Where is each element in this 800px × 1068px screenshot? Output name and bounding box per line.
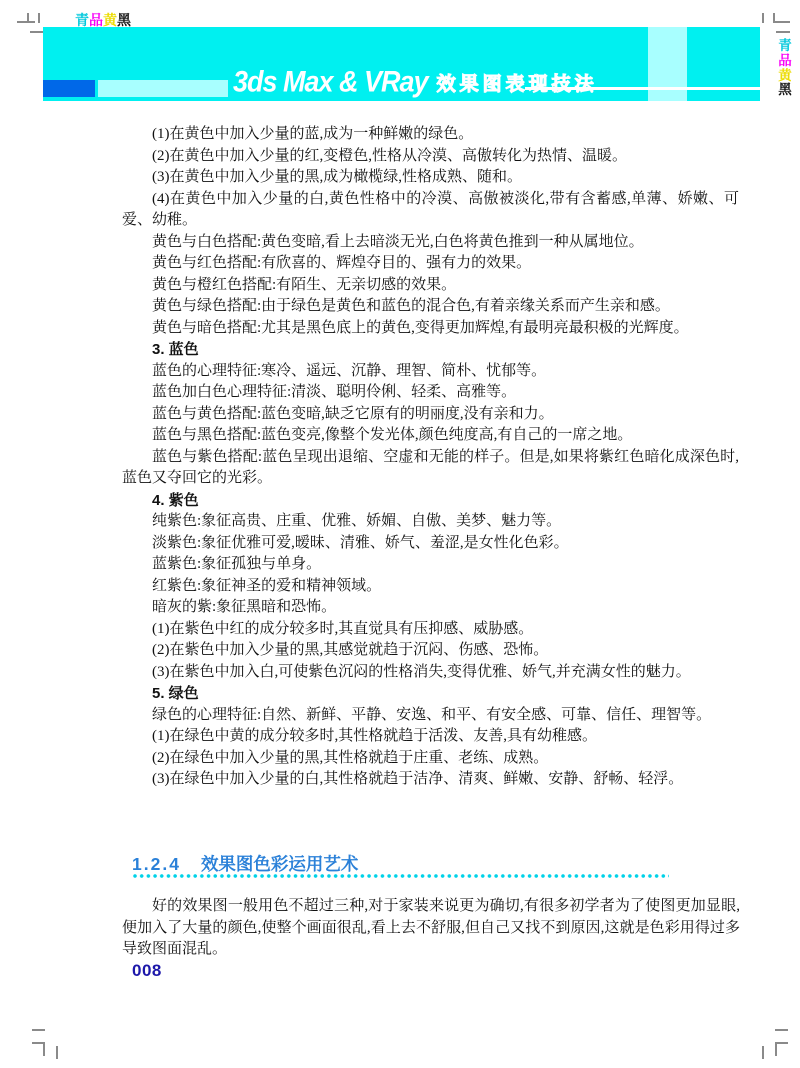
color-subheading: 3. 蓝色	[122, 339, 739, 361]
body-paragraph: (3)在紫色中加入白,可使紫色沉闷的性格消失,变得优雅、娇气,并充满女性的魅力。	[122, 662, 739, 684]
crop-mark	[773, 13, 775, 23]
body-paragraph: 蓝色与紫色搭配:蓝色呈现出退缩、空虚和无能的样子。但是,如果将紫红色暗化成深色时…	[122, 447, 739, 490]
crop-mark	[27, 13, 29, 23]
body-paragraph: (1)在绿色中黄的成分较多时,其性格就趋于活泼、友善,具有幼稚感。	[122, 726, 739, 748]
body-paragraph: 淡紫色:象征优雅可爱,暧昧、清雅、娇气、羞涩,是女性化色彩。	[122, 533, 739, 555]
crop-mark	[775, 1029, 788, 1031]
crop-mark	[38, 13, 40, 23]
registration-char-black: 黑	[777, 83, 793, 98]
registration-colors-right: 青品黄黑	[777, 39, 793, 98]
crop-mark	[56, 1046, 58, 1059]
body-paragraph: (2)在紫色中加入少量的黑,其感觉就趋于沉闷、伤感、恐怖。	[122, 640, 739, 662]
body-text-column: (1)在黄色中加入少量的蓝,成为一种鲜嫩的绿色。(2)在黄色中加入少量的红,变橙…	[122, 124, 739, 791]
crop-mark	[776, 31, 790, 33]
crop-mark	[43, 1042, 45, 1056]
crop-mark	[775, 1042, 777, 1056]
banner-light-block	[98, 80, 228, 97]
body-paragraph: 纯紫色:象征高贵、庄重、优雅、娇媚、自傲、美梦、魅力等。	[122, 511, 739, 533]
registration-char-black: 黑	[117, 12, 131, 28]
body-paragraph: (3)在绿色中加入少量的白,其性格就趋于洁净、清爽、鲜嫩、安静、舒畅、轻浮。	[122, 769, 739, 791]
body-paragraph: (1)在紫色中红的成分较多时,其直觉具有压抑感、威胁感。	[122, 619, 739, 641]
crop-mark	[30, 31, 43, 33]
banner-light-strip	[648, 27, 687, 101]
crop-mark	[762, 1046, 764, 1059]
body-paragraph: 黄色与暗色搭配:尤其是黑色底上的黄色,变得更加辉煌,有最明亮最积极的光辉度。	[122, 318, 739, 340]
book-title: 3ds Max & VRay 效果图表现技法	[233, 67, 598, 98]
body-paragraph: (1)在黄色中加入少量的蓝,成为一种鲜嫩的绿色。	[122, 124, 739, 146]
body-paragraph: (2)在黄色中加入少量的红,变橙色,性格从冷漠、高傲转化为热情、温暖。	[122, 146, 739, 168]
body-paragraph: (2)在绿色中加入少量的黑,其性格就趋于庄重、老练、成熟。	[122, 748, 739, 770]
closing-paragraph-block: 好的效果图一般用色不超过三种,对于家装来说更为确切,有很多初学者为了使图更加显眼…	[122, 896, 740, 961]
body-paragraph: 蓝紫色:象征孤独与单身。	[122, 554, 739, 576]
book-title-english: 3ds Max & VRay	[233, 66, 428, 99]
registration-char-cyan: 青	[777, 39, 793, 54]
crop-mark	[17, 21, 35, 23]
body-paragraph: (4)在黄色中加入少量的白,黄色性格中的冷漠、高傲被淡化,带有含蓄感,单薄、娇嫩…	[122, 189, 739, 232]
body-paragraph: 暗灰的紫:象征黑暗和恐怖。	[122, 597, 739, 619]
section-number: 1.2.4	[132, 854, 181, 874]
book-page: 青品黄黑 青品黄黑 3ds Max & VRay 效果图表现技法 (1)在黄色中…	[0, 0, 800, 1068]
body-paragraph: (3)在黄色中加入少量的黑,成为橄榄绿,性格成熟、随和。	[122, 167, 739, 189]
registration-char-yellow: 黄	[103, 12, 117, 28]
body-paragraph: 蓝色与黑色搭配:蓝色变亮,像整个发光体,颜色纯度高,有自己的一席之地。	[122, 425, 739, 447]
page-number: 008	[132, 961, 162, 981]
header-banner: 3ds Max & VRay 效果图表现技法	[43, 27, 760, 101]
body-paragraph: 红紫色:象征神圣的爱和精神领域。	[122, 576, 739, 598]
banner-blue-block	[43, 80, 95, 97]
registration-char-yellow: 黄	[777, 69, 793, 84]
body-paragraph: 蓝色加白色心理特征:清淡、聪明伶俐、轻柔、高雅等。	[122, 382, 739, 404]
crop-mark	[32, 1029, 45, 1031]
body-paragraph: 好的效果图一般用色不超过三种,对于家装来说更为确切,有很多初学者为了使图更加显眼…	[122, 896, 740, 961]
body-paragraph: 黄色与红色搭配:有欣喜的、辉煌夺目的、强有力的效果。	[122, 253, 739, 275]
crop-mark	[773, 21, 790, 23]
body-paragraph: 蓝色的心理特征:寒冷、遥远、沉静、理智、简朴、忧郁等。	[122, 361, 739, 383]
book-title-chinese: 效果图表现技法	[437, 69, 598, 96]
body-paragraph: 黄色与橙红色搭配:有陌生、无亲切感的效果。	[122, 275, 739, 297]
body-paragraph: 黄色与绿色搭配:由于绿色是黄色和蓝色的混合色,有着亲缘关系而产生亲和感。	[122, 296, 739, 318]
section-title: 效果图色彩运用艺术	[201, 854, 359, 874]
body-paragraph: 绿色的心理特征:自然、新鲜、平静、安逸、和平、有安全感、可靠、信任、理智等。	[122, 705, 739, 727]
registration-char-cyan: 青	[75, 12, 89, 28]
color-subheading: 5. 绿色	[122, 683, 739, 705]
color-subheading: 4. 紫色	[122, 490, 739, 512]
body-paragraph: 蓝色与黄色搭配:蓝色变暗,缺乏它原有的明丽度,没有亲和力。	[122, 404, 739, 426]
body-paragraph: 黄色与白色搭配:黄色变暗,看上去暗淡无光,白色将黄色推到一种从属地位。	[122, 232, 739, 254]
section-dotted-rule	[132, 873, 669, 879]
registration-char-magenta: 品	[89, 12, 103, 28]
crop-mark	[762, 13, 764, 23]
registration-char-magenta: 品	[777, 54, 793, 69]
banner-rule	[525, 87, 760, 90]
